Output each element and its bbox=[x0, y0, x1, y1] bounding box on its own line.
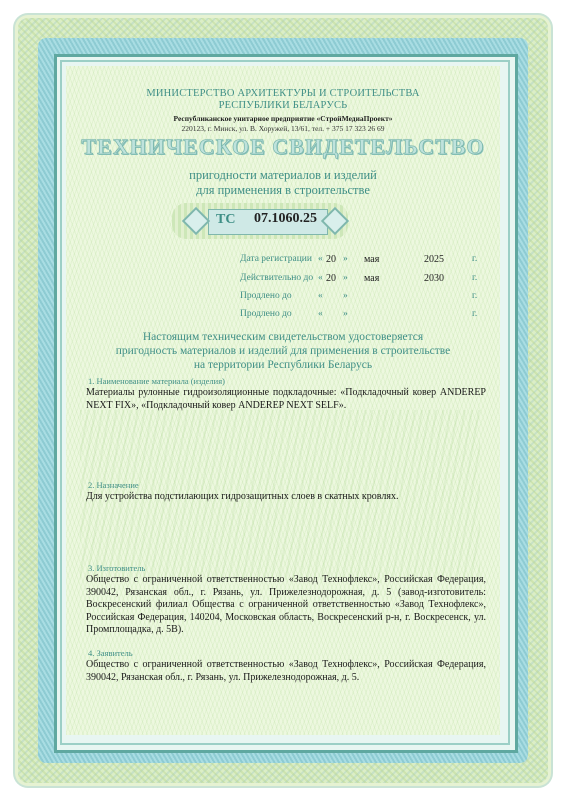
date-label: Действительно до bbox=[240, 273, 313, 283]
statement-line-2: пригодность материалов и изделий для при… bbox=[66, 344, 500, 358]
date-label: Продлено до bbox=[240, 309, 292, 319]
document-title: ТЕХНИЧЕСКОЕ СВИДЕТЕЛЬСТВО bbox=[66, 134, 500, 160]
quote-close: » bbox=[343, 273, 348, 283]
statement-line-1: Настоящим техническим свидетельством удо… bbox=[66, 330, 500, 344]
date-month: мая bbox=[364, 273, 379, 284]
enterprise-name: Республиканское унитарное предприятие «С… bbox=[66, 114, 500, 123]
year-suffix: г. bbox=[472, 254, 477, 264]
section-text-material: Материалы рулонные гидроизоляционные под… bbox=[86, 387, 486, 412]
section-text-manufacturer: Общество с ограниченной ответственностью… bbox=[86, 574, 486, 637]
subtitle-line-1: пригодности материалов и изделий bbox=[66, 168, 500, 183]
ministry-heading: МИНИСТЕРСТВО АРХИТЕКТУРЫ И СТРОИТЕЛЬСТВА… bbox=[66, 88, 500, 112]
enterprise-address: 220123, г. Минск, ул. В. Хоружей, 13/61,… bbox=[66, 124, 500, 133]
quote-open: « bbox=[318, 273, 323, 283]
date-row-extended-2: Продлено до « » г. bbox=[240, 309, 490, 323]
date-row-extended-1: Продлено до « » г. bbox=[240, 291, 490, 305]
date-year: 2030 bbox=[424, 273, 444, 284]
date-label: Дата регистрации bbox=[240, 254, 312, 264]
section-label-applicant: 4. Заявитель bbox=[88, 648, 133, 658]
date-month: мая bbox=[364, 254, 379, 265]
statement-line-3: на территории Республики Беларусь bbox=[66, 358, 500, 372]
section-text-purpose: Для устройства подстилающих гидрозащитны… bbox=[86, 491, 486, 504]
quote-close: » bbox=[343, 291, 348, 301]
section-text-applicant: Общество с ограниченной ответственностью… bbox=[86, 659, 486, 684]
section-label-material: 1. Наименование материала (изделия) bbox=[88, 376, 225, 386]
certificate-number: 07.1060.25 bbox=[254, 211, 317, 227]
date-day: 20 bbox=[326, 254, 336, 265]
section-label-purpose: 2. Назначение bbox=[88, 480, 139, 490]
date-row-registration: Дата регистрации « 20 » мая 2025 г. bbox=[240, 254, 490, 268]
year-suffix: г. bbox=[472, 273, 477, 283]
certification-statement: Настоящим техническим свидетельством удо… bbox=[66, 330, 500, 372]
date-day: 20 bbox=[326, 273, 336, 284]
ministry-line-2: РЕСПУБЛИКИ БЕЛАРУСЬ bbox=[66, 100, 500, 112]
section-label-manufacturer: 3. Изготовитель bbox=[88, 563, 145, 573]
certificate-prefix: ТС bbox=[216, 212, 235, 228]
subtitle-line-2: для применения в строительстве bbox=[66, 183, 500, 198]
date-label: Продлено до bbox=[240, 291, 292, 301]
year-suffix: г. bbox=[472, 291, 477, 301]
date-year: 2025 bbox=[424, 254, 444, 265]
quote-close: » bbox=[343, 254, 348, 264]
document-subtitle: пригодности материалов и изделий для при… bbox=[66, 168, 500, 198]
date-row-valid-until: Действительно до « 20 » мая 2030 г. bbox=[240, 273, 490, 287]
quote-open: « bbox=[318, 254, 323, 264]
ministry-line-1: МИНИСТЕРСТВО АРХИТЕКТУРЫ И СТРОИТЕЛЬСТВА bbox=[66, 88, 500, 100]
quote-close: » bbox=[343, 309, 348, 319]
year-suffix: г. bbox=[472, 309, 477, 319]
quote-open: « bbox=[318, 291, 323, 301]
quote-open: « bbox=[318, 309, 323, 319]
